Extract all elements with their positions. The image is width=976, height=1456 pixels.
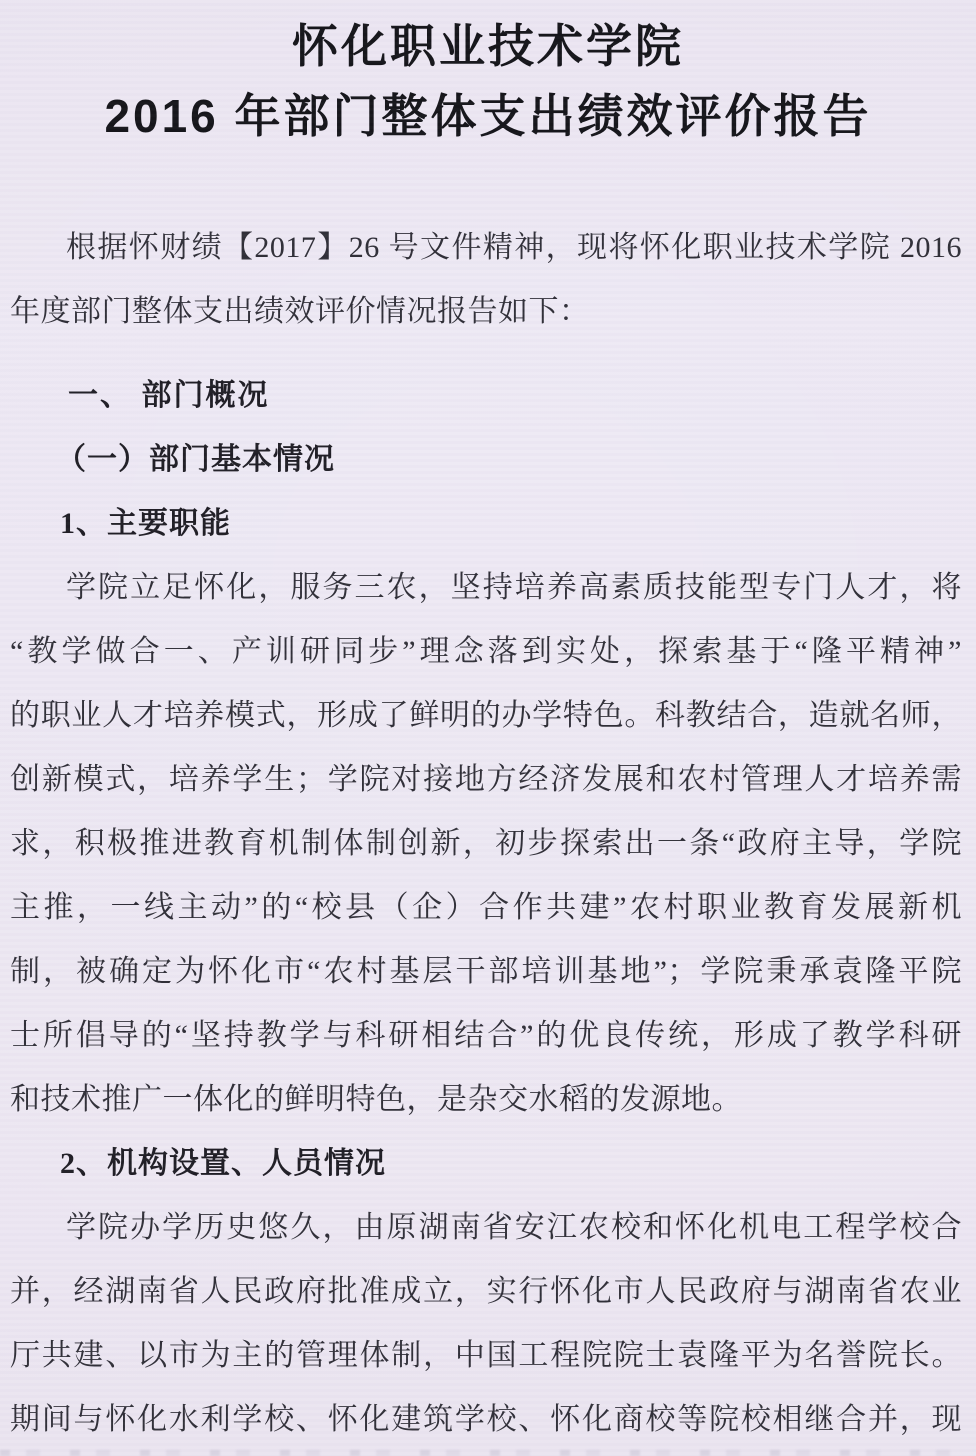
title-line-1: 怀化职业技术学院: [0, 18, 976, 74]
body-line: 期间与怀化水利学校、怀化建筑学校、怀化商校等院校相继合并，现: [10, 1388, 962, 1452]
body-line: 主推，一线主动”的“校县（企）合作共建”农村职业教育发展新机: [10, 876, 962, 940]
heading-section-1: 一、 部门概况: [10, 364, 962, 428]
heading-item-2: 2、机构设置、人员情况: [10, 1132, 962, 1196]
body-line: 根据怀财绩【2017】26 号文件精神，现将怀化职业技术学院 2016: [10, 216, 962, 280]
body-line: 和技术推广一体化的鲜明特色，是杂交水稻的发源地。: [10, 1068, 962, 1132]
body-line: 年度部门整体支出绩效评价情况报告如下：: [10, 280, 962, 344]
document-page: 怀化职业技术学院 2016 年部门整体支出绩效评价报告 根据怀财绩【2017】2…: [0, 0, 976, 1456]
body-line: 厅共建、以市为主的管理体制，中国工程院院士袁隆平为名誉院长。: [10, 1324, 962, 1388]
heading-subsection-1-1: （一）部门基本情况: [10, 428, 962, 492]
title-line-2: 2016 年部门整体支出绩效评价报告: [0, 88, 976, 144]
document-body: 根据怀财绩【2017】26 号文件精神，现将怀化职业技术学院 2016 年度部门…: [0, 216, 976, 1452]
document-title: 怀化职业技术学院 2016 年部门整体支出绩效评价报告: [0, 0, 976, 144]
heading-item-1: 1、主要职能: [10, 492, 962, 556]
scan-edge-artifact: [0, 1450, 976, 1456]
body-line: 学院立足怀化，服务三农，坚持培养高素质技能型专门人才，将: [10, 556, 962, 620]
body-line: 士所倡导的“坚持教学与科研相结合”的优良传统，形成了教学科研: [10, 1004, 962, 1068]
body-line: 学院办学历史悠久，由原湖南省安江农校和怀化机电工程学校合: [10, 1196, 962, 1260]
body-line: 并，经湖南省人民政府批准成立，实行怀化市人民政府与湖南省农业: [10, 1260, 962, 1324]
body-line: 创新模式，培养学生；学院对接地方经济发展和农村管理人才培养需: [10, 748, 962, 812]
body-line: 制，被确定为怀化市“农村基层干部培训基地”；学院秉承袁隆平院: [10, 940, 962, 1004]
body-line: “教学做合一、产训研同步”理念落到实处，探索基于“隆平精神”: [10, 620, 962, 684]
body-line: 求，积极推进教育机制体制创新，初步探索出一条“政府主导，学院: [10, 812, 962, 876]
body-line: 的职业人才培养模式，形成了鲜明的办学特色。科教结合，造就名师，: [10, 684, 962, 748]
